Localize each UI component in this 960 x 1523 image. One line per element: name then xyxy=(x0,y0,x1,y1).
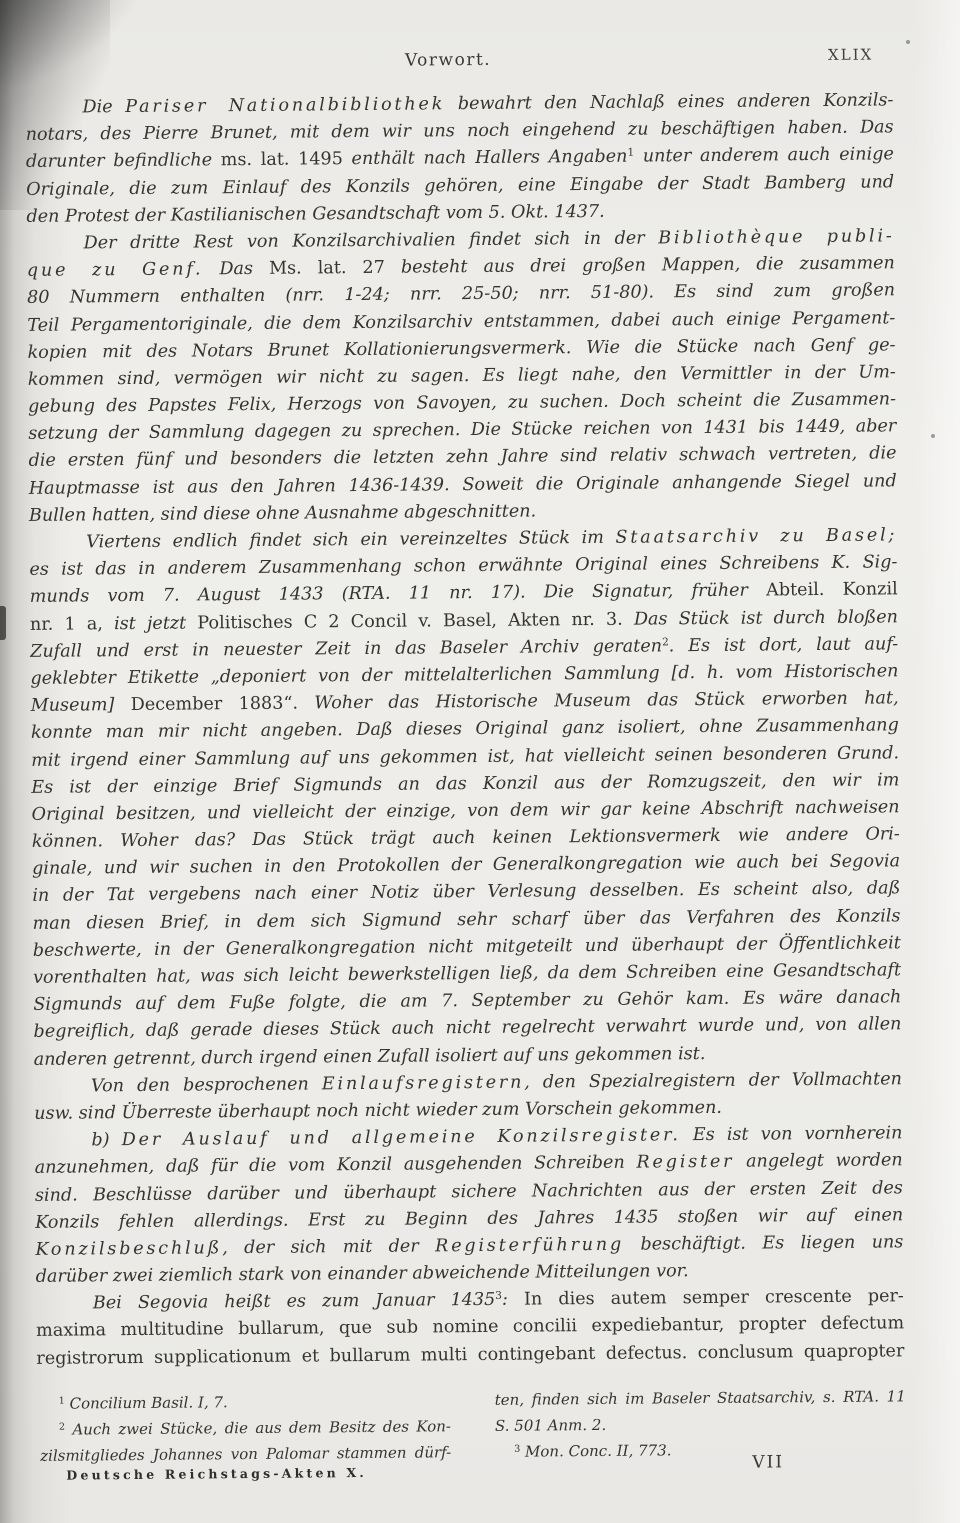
body-text: Die Pariser Nationalbibliothek bewahrt d… xyxy=(25,87,904,1372)
text-line: 2 Auch zwei Stücke, die aus dem Besitz d… xyxy=(40,1414,451,1443)
page-content: Vorwort. XLIX Die Pariser Nationalbiblio… xyxy=(0,0,960,1523)
text-line: zilsmitgliedes Johannes von Palomar stam… xyxy=(40,1440,451,1469)
paragraph: b) Der Auslauf und allgemeine Konzilsreg… xyxy=(34,1120,903,1291)
page-number: XLIX xyxy=(828,46,873,64)
paragraph: Bei Segovia heißt es zum Januar 14353: I… xyxy=(36,1284,905,1373)
paragraph: Die Pariser Nationalbibliothek bewahrt d… xyxy=(25,87,894,231)
scanned-book-page: Vorwort. XLIX Die Pariser Nationalbiblio… xyxy=(0,0,960,1523)
footnote-column-right: ten, finden sich im Baseler Staatsarchiv… xyxy=(495,1384,907,1465)
sheet-mark: VII xyxy=(752,1452,784,1472)
footnote-column-left: 1 Concilium Basil. I, 7.2 Auch zwei Stüc… xyxy=(40,1388,452,1469)
text-line: ten, finden sich im Baseler Staatsarchiv… xyxy=(495,1384,906,1413)
text-line: 3 Mon. Conc. II, 773. xyxy=(495,1436,906,1465)
paragraph: Viertens endlich findet sich ein vereinz… xyxy=(29,522,902,1073)
text-line: S. 501 Anm. 2. xyxy=(495,1410,906,1439)
paragraph: Von den besprochenen Einlaufsregistern, … xyxy=(34,1066,902,1128)
paragraph: Der dritte Rest von Konzilsarchivalien f… xyxy=(27,223,898,530)
running-head-title: Vorwort. xyxy=(0,46,908,74)
text-line: 1 Concilium Basil. I, 7. xyxy=(40,1388,451,1417)
series-title: Deutsche Reichstags-Akten X. xyxy=(66,1465,367,1483)
